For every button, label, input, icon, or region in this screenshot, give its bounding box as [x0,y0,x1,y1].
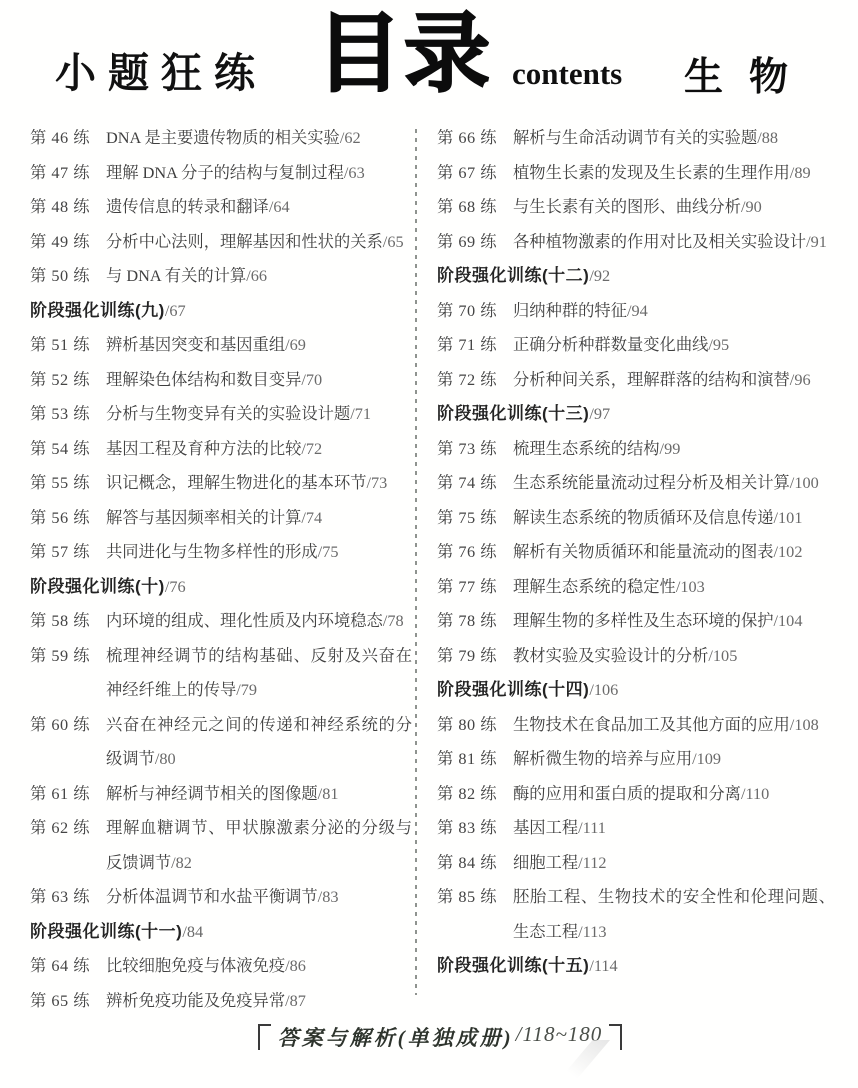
exercise-number: 第 67 练 [437,156,513,191]
exercise-number: 第 73 练 [437,432,513,467]
exercise-title-text: 梳理神经调节的结构基础、反射及兴奋在神经纤维上的传导 [106,646,412,700]
exercise-title-text: 各种植物激素的作用对比及相关实验设计 [513,232,806,251]
exercise-title-text: 与 DNA 有关的计算 [106,266,246,285]
page-number: /69 [285,335,306,354]
page-number: /106 [589,680,618,699]
exercise-title-text: 兴奋在神经元之间的传递和神经系统的分级调节 [106,715,412,769]
exercise-number: 第 48 练 [30,190,106,225]
section-title-text: 阶段强化训练(十二) [437,266,589,285]
toc-section-header: 阶段强化训练(十一)/84 [30,915,412,950]
page-number: /66 [246,266,267,285]
exercise-title: 识记概念，理解生物进化的基本环节/73 [106,466,412,501]
section-title-text: 阶段强化训练(十) [30,577,165,596]
exercise-title: 理解血糖调节、甲状腺激素分泌的分级与反馈调节/82 [106,811,412,880]
section-title-text: 阶段强化训练(十五) [437,956,589,975]
page-number: /74 [301,508,322,527]
exercise-title: 分析体温调节和水盐平衡调节/83 [106,880,412,915]
exercise-title: DNA 是主要遗传物质的相关实验/62 [106,121,412,156]
toc-entry: 第 78 练 理解生物的多样性及生态环境的保护/104 [437,604,835,639]
exercise-title-text: 基因工程 [513,818,578,837]
exercise-title-text: 分析体温调节和水盐平衡调节 [106,887,318,906]
exercise-number: 第 59 练 [30,639,106,674]
toc-entry: 第 79 练 教材实验及实验设计的分析/105 [437,639,835,674]
page-number: /73 [367,473,388,492]
exercise-title-text: 比较细胞免疫与体液免疫 [106,956,285,975]
page-number: /101 [774,508,803,527]
exercise-title: 梳理生态系统的结构/99 [513,432,835,467]
toc-entry: 第 65 练 辨析免疫功能及免疫异常/87 [30,984,412,1019]
toc-entry: 第 84 练 细胞工程/112 [437,846,835,881]
exercise-title: 兴奋在神经元之间的传递和神经系统的分级调节/80 [106,708,412,777]
exercise-title-text: 理解染色体结构和数目变异 [106,370,301,389]
toc-entry: 第 85 练 胚胎工程、生物技术的安全性和伦理问题、生态工程/113 [437,880,835,949]
page-number: /63 [344,163,365,182]
page-number: /88 [757,128,778,147]
page-number: /110 [741,784,769,803]
exercise-title-text: 与生长素有关的图形、曲线分析 [513,197,741,216]
page-number: /95 [708,335,729,354]
exercise-title: 内环境的组成、理化性质及内环境稳态/78 [106,604,412,639]
toc-section-header: 阶段强化训练(十二)/92 [437,259,835,294]
page-number: /71 [350,404,371,423]
exercise-title-text: 解答与基因频率相关的计算 [106,508,301,527]
exercise-title-text: 理解血糖调节、甲状腺激素分泌的分级与反馈调节 [106,818,412,872]
exercise-number: 第 46 练 [30,121,106,156]
exercise-title-text: 理解生物的多样性及生态环境的保护 [513,611,774,630]
toc-entry: 第 66 练 解析与生命活动调节有关的实验题/88 [437,121,835,156]
exercise-number: 第 50 练 [30,259,106,294]
exercise-title: 归纳种群的特征/94 [513,294,835,329]
exercise-number: 第 75 练 [437,501,513,536]
exercise-number: 第 54 练 [30,432,106,467]
exercise-title-text: 分析种间关系，理解群落的结构和演替 [513,370,790,389]
exercise-title-text: 辨析免疫功能及免疫异常 [106,991,285,1010]
page-number: /86 [285,956,306,975]
page-number: /70 [301,370,322,389]
section-title-text: 阶段强化训练(十四) [437,680,589,699]
exercise-number: 第 79 练 [437,639,513,674]
page-number: /91 [806,232,827,251]
page-number: /111 [578,818,606,837]
exercise-title-text: 遗传信息的转录和翻译 [106,197,269,216]
toc-entry: 第 49 练 分析中心法则，理解基因和性状的关系/65 [30,225,412,260]
toc-entry: 第 74 练 生态系统能量流动过程分析及相关计算/100 [437,466,835,501]
exercise-number: 第 82 练 [437,777,513,812]
toc-entry: 第 76 练 解析有关物质循环和能量流动的图表/102 [437,535,835,570]
exercise-title-text: 正确分析种群数量变化曲线 [513,335,708,354]
exercise-number: 第 69 练 [437,225,513,260]
exercise-number: 第 72 练 [437,363,513,398]
exercise-title: 分析中心法则，理解基因和性状的关系/65 [106,225,412,260]
exercise-title: 理解生态系统的稳定性/103 [513,570,835,605]
exercise-number: 第 61 练 [30,777,106,812]
toc-entry: 第 62 练 理解血糖调节、甲状腺激素分泌的分级与反馈调节/82 [30,811,412,880]
page-number: /104 [774,611,803,630]
exercise-title-text: 梳理生态系统的结构 [513,439,660,458]
exercise-number: 第 83 练 [437,811,513,846]
answer-key-footer: 答案与解析(单独成册) /118~180 [0,1022,858,1052]
exercise-number: 第 80 练 [437,708,513,743]
exercise-title-text: 分析与生物变异有关的实验设计题 [106,404,350,423]
exercise-title-text: 植物生长素的发现及生长素的生理作用 [513,163,790,182]
toc-entry: 第 83 练 基因工程/111 [437,811,835,846]
exercise-number: 第 64 练 [30,949,106,984]
exercise-title-text: 胚胎工程、生物技术的安全性和伦理问题、生态工程 [513,887,835,941]
exercise-title: 遗传信息的转录和翻译/64 [106,190,412,225]
bracket-left-icon [258,1024,271,1050]
toc-entry: 第 73 练 梳理生态系统的结构/99 [437,432,835,467]
toc-entry: 第 58 练 内环境的组成、理化性质及内环境稳态/78 [30,604,412,639]
toc-entry: 第 60 练 兴奋在神经元之间的传递和神经系统的分级调节/80 [30,708,412,777]
answer-key-label: 答案与解析(单独成册) [278,1022,514,1052]
toc-entry: 第 51 练 辨析基因突变和基因重组/69 [30,328,412,363]
toc-entry: 第 61 练 解析与神经调节相关的图像题/81 [30,777,412,812]
page-number: /108 [790,715,819,734]
exercise-title: 辨析基因突变和基因重组/69 [106,328,412,363]
toc-entry: 第 59 练 梳理神经调节的结构基础、反射及兴奋在神经纤维上的传导/79 [30,639,412,708]
exercise-title: 梳理神经调节的结构基础、反射及兴奋在神经纤维上的传导/79 [106,639,412,708]
page-number: /105 [708,646,737,665]
exercise-title-text: 酶的应用和蛋白质的提取和分离 [513,784,741,803]
page-number: /100 [790,473,819,492]
bracket-right-icon [609,1024,622,1050]
exercise-title: 与生长素有关的图形、曲线分析/90 [513,190,835,225]
section-title-text: 阶段强化训练(十三) [437,404,589,423]
toc-entry: 第 68 练 与生长素有关的图形、曲线分析/90 [437,190,835,225]
exercise-number: 第 77 练 [437,570,513,605]
exercise-number: 第 52 练 [30,363,106,398]
subject-title: 生物 [684,46,814,102]
page-number: /103 [676,577,705,596]
toc-entry: 第 54 练 基因工程及育种方法的比较/72 [30,432,412,467]
exercise-title-text: 内环境的组成、理化性质及内环境稳态 [106,611,383,630]
page-number: /75 [318,542,339,561]
exercise-title: 辨析免疫功能及免疫异常/87 [106,984,412,1019]
page-number: /65 [383,232,404,251]
exercise-title: 理解染色体结构和数目变异/70 [106,363,412,398]
exercise-title: 基因工程及育种方法的比较/72 [106,432,412,467]
exercise-number: 第 60 练 [30,708,106,743]
toc-section-header: 阶段强化训练(十五)/114 [437,949,835,984]
exercise-title: 解析与神经调节相关的图像题/81 [106,777,412,812]
toc-section-header: 阶段强化训练(十四)/106 [437,673,835,708]
page-number: /113 [578,922,606,941]
page-number: /87 [285,991,306,1010]
toc-entry: 第 48 练 遗传信息的转录和翻译/64 [30,190,412,225]
section-title-text: 阶段强化训练(九) [30,301,165,320]
section-title-text: 阶段强化训练(十一) [30,922,182,941]
page-number: /62 [340,128,361,147]
page-number: /99 [660,439,681,458]
exercise-number: 第 74 练 [437,466,513,501]
toc-entry: 第 71 练 正确分析种群数量变化曲线/95 [437,328,835,363]
exercise-title-text: 理解 DNA 分子的结构与复制过程 [106,163,344,182]
toc-entry: 第 82 练 酶的应用和蛋白质的提取和分离/110 [437,777,835,812]
exercise-title: 生态系统能量流动过程分析及相关计算/100 [513,466,835,501]
exercise-title-text: 分析中心法则，理解基因和性状的关系 [106,232,383,251]
page-number: /114 [589,956,617,975]
exercise-title: 正确分析种群数量变化曲线/95 [513,328,835,363]
page-number: /82 [171,853,192,872]
toc-entry: 第 69 练 各种植物激素的作用对比及相关实验设计/91 [437,225,835,260]
exercise-number: 第 68 练 [437,190,513,225]
toc-entry: 第 77 练 理解生态系统的稳定性/103 [437,570,835,605]
toc-section-header: 阶段强化训练(十)/76 [30,570,412,605]
exercise-number: 第 76 练 [437,535,513,570]
exercise-title: 分析种间关系，理解群落的结构和演替/96 [513,363,835,398]
toc-entry: 第 67 练 植物生长素的发现及生长素的生理作用/89 [437,156,835,191]
exercise-title-text: 归纳种群的特征 [513,301,627,320]
exercise-title: 胚胎工程、生物技术的安全性和伦理问题、生态工程/113 [513,880,835,949]
exercise-number: 第 55 练 [30,466,106,501]
exercise-title: 理解 DNA 分子的结构与复制过程/63 [106,156,412,191]
exercise-title: 各种植物激素的作用对比及相关实验设计/91 [513,225,835,260]
page-number: /72 [301,439,322,458]
toc-title: 目录 [316,6,492,102]
toc-entry: 第 55 练 识记概念，理解生物进化的基本环节/73 [30,466,412,501]
exercise-title: 解答与基因频率相关的计算/74 [106,501,412,536]
exercise-title-text: 细胞工程 [513,853,578,872]
toc-entry: 第 47 练 理解 DNA 分子的结构与复制过程/63 [30,156,412,191]
page-number: /84 [182,922,203,941]
exercise-number: 第 47 练 [30,156,106,191]
exercise-title: 理解生物的多样性及生态环境的保护/104 [513,604,835,639]
exercise-number: 第 63 练 [30,880,106,915]
exercise-title: 与 DNA 有关的计算/66 [106,259,412,294]
toc-entry: 第 57 练 共同进化与生物多样性的形成/75 [30,535,412,570]
exercise-title: 生物技术在食品加工及其他方面的应用/108 [513,708,835,743]
exercise-number: 第 84 练 [437,846,513,881]
page-number: /79 [236,680,257,699]
page-number: /97 [589,404,610,423]
page-number: /94 [627,301,648,320]
exercise-title: 教材实验及实验设计的分析/105 [513,639,835,674]
toc-entry: 第 46 练 DNA 是主要遗传物质的相关实验/62 [30,121,412,156]
exercise-title-text: 共同进化与生物多样性的形成 [106,542,318,561]
exercise-title-text: 教材实验及实验设计的分析 [513,646,708,665]
exercise-title: 解析有关物质循环和能量流动的图表/102 [513,535,835,570]
exercise-number: 第 62 练 [30,811,106,846]
toc-entry: 第 52 练 理解染色体结构和数目变异/70 [30,363,412,398]
page-number: /89 [790,163,811,182]
page-header: 小题狂练 目录 contents 生物 [0,0,858,118]
toc-subtitle: contents [512,56,622,92]
page-number: /109 [692,749,721,768]
toc-column-right: 第 66 练 解析与生命活动调节有关的实验题/88 第 67 练 植物生长素的发… [437,121,835,984]
exercise-title: 解析与生命活动调节有关的实验题/88 [513,121,835,156]
page-number: /78 [383,611,404,630]
toc-entry: 第 50 练 与 DNA 有关的计算/66 [30,259,412,294]
exercise-number: 第 51 练 [30,328,106,363]
page-number: /96 [790,370,811,389]
exercise-title-text: 解析与生命活动调节有关的实验题 [513,128,757,147]
toc-entry: 第 70 练 归纳种群的特征/94 [437,294,835,329]
exercise-title: 酶的应用和蛋白质的提取和分离/110 [513,777,835,812]
exercise-number: 第 85 练 [437,880,513,915]
exercise-title-text: 解读生态系统的物质循环及信息传递 [513,508,774,527]
exercise-number: 第 56 练 [30,501,106,536]
exercise-number: 第 49 练 [30,225,106,260]
exercise-number: 第 57 练 [30,535,106,570]
exercise-title-text: 识记概念，理解生物进化的基本环节 [106,473,367,492]
toc-section-header: 阶段强化训练(九)/67 [30,294,412,329]
page-number: /81 [318,784,339,803]
page-number: /92 [589,266,610,285]
toc-page: 小题狂练 目录 contents 生物 第 46 练 DNA 是主要遗传物质的相… [0,0,858,1088]
answer-key-page-range: /118~180 [516,1022,603,1047]
exercise-title-text: 解析有关物质循环和能量流动的图表 [513,542,774,561]
exercise-title-text: 解析微生物的培养与应用 [513,749,692,768]
series-title: 小题狂练 [55,40,267,99]
exercise-title-text: 理解生态系统的稳定性 [513,577,676,596]
toc-entry: 第 72 练 分析种间关系，理解群落的结构和演替/96 [437,363,835,398]
exercise-number: 第 66 练 [437,121,513,156]
page-number: /67 [165,301,186,320]
exercise-title: 解析微生物的培养与应用/109 [513,742,835,777]
toc-entry: 第 75 练 解读生态系统的物质循环及信息传递/101 [437,501,835,536]
exercise-title: 分析与生物变异有关的实验设计题/71 [106,397,412,432]
page-number: /102 [774,542,803,561]
page-number: /76 [165,577,186,596]
exercise-title-text: 解析与神经调节相关的图像题 [106,784,318,803]
exercise-number: 第 71 练 [437,328,513,363]
exercise-title: 解读生态系统的物质循环及信息传递/101 [513,501,835,536]
exercise-number: 第 78 练 [437,604,513,639]
exercise-title-text: 生态系统能量流动过程分析及相关计算 [513,473,790,492]
exercise-number: 第 58 练 [30,604,106,639]
page-number: /80 [155,749,176,768]
exercise-number: 第 53 练 [30,397,106,432]
exercise-title: 细胞工程/112 [513,846,835,881]
exercise-title-text: 辨析基因突变和基因重组 [106,335,285,354]
toc-entry: 第 53 练 分析与生物变异有关的实验设计题/71 [30,397,412,432]
toc-entry: 第 80 练 生物技术在食品加工及其他方面的应用/108 [437,708,835,743]
exercise-title: 共同进化与生物多样性的形成/75 [106,535,412,570]
toc-entry: 第 56 练 解答与基因频率相关的计算/74 [30,501,412,536]
toc-section-header: 阶段强化训练(十三)/97 [437,397,835,432]
exercise-title-text: 生物技术在食品加工及其他方面的应用 [513,715,790,734]
toc-entry: 第 81 练 解析微生物的培养与应用/109 [437,742,835,777]
exercise-title: 基因工程/111 [513,811,835,846]
page-number: /112 [578,853,606,872]
exercise-title-text: 基因工程及育种方法的比较 [106,439,301,458]
exercise-title: 比较细胞免疫与体液免疫/86 [106,949,412,984]
toc-entry: 第 63 练 分析体温调节和水盐平衡调节/83 [30,880,412,915]
toc-entry: 第 64 练 比较细胞免疫与体液免疫/86 [30,949,412,984]
page-number: /90 [741,197,762,216]
exercise-title-text: DNA 是主要遗传物质的相关实验 [106,128,340,147]
exercise-number: 第 65 练 [30,984,106,1019]
column-divider [415,129,417,995]
exercise-number: 第 81 练 [437,742,513,777]
page-number: /83 [318,887,339,906]
exercise-title: 植物生长素的发现及生长素的生理作用/89 [513,156,835,191]
page-number: /64 [269,197,290,216]
exercise-number: 第 70 练 [437,294,513,329]
toc-column-left: 第 46 练 DNA 是主要遗传物质的相关实验/62 第 47 练 理解 DNA… [30,121,412,1018]
